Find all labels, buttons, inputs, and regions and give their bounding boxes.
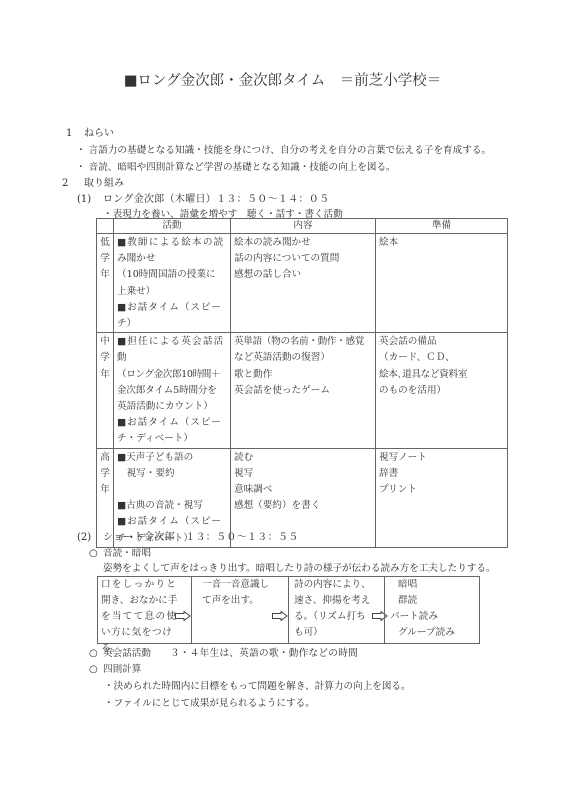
- short-number: (2): [77, 532, 91, 544]
- activity-line: ■お話タイム（スピー: [117, 300, 227, 316]
- prep-line: 英会話の備品: [379, 334, 504, 350]
- content-line: 視写: [234, 466, 372, 482]
- flow-step-1: 口をしっかりと 開き、おなかに手 を当てて息の使 い方に気をつけ る。: [101, 577, 189, 643]
- activity-cell: ■教師による絵本の読 み聞かせ （10時間国語の授業に 上乗せ） ■お話タイム（…: [114, 234, 231, 333]
- right-arrow-icon: [272, 611, 288, 621]
- long-number: (1): [77, 194, 91, 206]
- grade-char: 学: [99, 350, 111, 366]
- activity-line: （ロング金次郎10時間＋: [117, 367, 227, 383]
- column-divider: [191, 577, 192, 643]
- table-row-middle-grade: 中 学 年 ■担任による英会話活 動 （ロング金次郎10時間＋ 金次郎タイム5時…: [97, 333, 508, 448]
- circle-marker: ○: [89, 648, 98, 660]
- keisan-bullet: ・決められた時間内に目標をもって問題を解き、計算力の向上を図る。: [104, 681, 411, 693]
- grade-char: 学: [99, 251, 111, 267]
- flow-line: 詩の内容により、: [294, 577, 384, 593]
- grade-char: 年: [99, 482, 111, 498]
- right-arrow-icon: [372, 611, 388, 621]
- column-divider: [288, 577, 289, 643]
- prep-line: 絵本: [379, 235, 504, 251]
- column-divider: [384, 577, 385, 643]
- activity-line: ■古典の音読・視写: [117, 498, 227, 514]
- content-line: 歌と動作: [234, 367, 372, 383]
- prep-cell: 英会話の備品 （カード、ＣＤ、 絵本､道具など資料室 のものを活用）: [376, 333, 508, 448]
- grade-char: 高: [99, 450, 111, 466]
- flow-line: パート読み: [390, 609, 478, 625]
- grade-cell: 低 学 年: [97, 234, 114, 333]
- content-line: 英単語（物の名前・動作・感覚: [234, 334, 372, 350]
- prep-line: 辞書: [379, 466, 504, 482]
- prep-line: 視写ノート: [379, 450, 504, 466]
- section1-bullet: ・ 言語力の基礎となる知識・技能を身につけ、自分の考えを自分の言葉で伝える子を育…: [76, 145, 491, 157]
- flow-line: も可）: [294, 625, 384, 641]
- grade-char: 中: [99, 334, 111, 350]
- content-cell: 絵本の読み聞かせ 話の内容についての質問 感想の話し合い: [231, 234, 376, 333]
- grade-cell: 中 学 年: [97, 333, 114, 448]
- grade-char: 年: [99, 267, 111, 283]
- activity-line: ​: [117, 482, 227, 498]
- item-label-keisan: 四則計算: [103, 664, 141, 676]
- table-header-row: 活動 内容 準備: [97, 219, 508, 234]
- activity-line: （10時間国語の授業に: [117, 267, 227, 283]
- activity-line: 動: [117, 350, 227, 366]
- table-header-prep: 準備: [376, 219, 508, 234]
- short-heading: ショート金次郎 １３：５０〜１３：５５: [103, 532, 299, 544]
- flow-line: グループ読み: [398, 625, 478, 641]
- flow-line: る。（リズム打ち: [294, 609, 384, 625]
- activity-line: ■お話タイム（スピー: [117, 514, 227, 530]
- table-header-content: 内容: [231, 219, 376, 234]
- long-heading: ロング金次郎（木曜日）１３：５０〜１４：０５: [103, 194, 329, 206]
- flow-line: 開き、おなかに手: [101, 593, 189, 609]
- section1-number: 1: [66, 128, 72, 140]
- prep-line: （カード、ＣＤ、: [379, 350, 504, 366]
- item-desc-eikaiwa: ３・４年生は、英語の歌・動作などの時間: [170, 648, 358, 660]
- content-line: 英会話を使ったゲーム: [234, 383, 372, 399]
- circle-marker: ○: [89, 548, 98, 560]
- flow-step-3: 詩の内容により、 速さ、抑揚を考え る。（リズム打ち も可）: [294, 577, 384, 643]
- content-line: 感想（要約）を書く: [234, 498, 372, 514]
- right-arrow-icon: [175, 611, 191, 621]
- section2-heading: 取り組み: [84, 178, 124, 190]
- content-line: 話の内容についての質問: [234, 251, 372, 267]
- prep-line: のものを活用）: [379, 383, 504, 399]
- ondoku-flow-table: 口をしっかりと 開き、おなかに手 を当てて息の使 い方に気をつけ る。 一音一音…: [97, 576, 480, 644]
- activity-line: 英語活動にカウント）: [117, 399, 227, 415]
- item-label-eikaiwa: 英会話活動: [103, 648, 151, 660]
- prep-cell: 視写ノート 辞書 プリント: [376, 448, 508, 547]
- content-cell: 英単語（物の名前・動作・感覚 など英語活動の復習） 歌と動作 英会話を使ったゲー…: [231, 333, 376, 448]
- table-header-activity: 活動: [114, 219, 231, 234]
- activity-line: 金次郎タイム5時間分を: [117, 383, 227, 399]
- section2-number: 2: [62, 178, 68, 190]
- prep-cell: 絵本: [376, 234, 508, 333]
- flow-line: て声を出す。: [202, 593, 286, 609]
- activity-cell: ■担任による英会話活 動 （ロング金次郎10時間＋ 金次郎タイム5時間分を 英語…: [114, 333, 231, 448]
- table-row-lower-grade: 低 学 年 ■教師による絵本の読 み聞かせ （10時間国語の授業に 上乗せ） ■…: [97, 234, 508, 333]
- flow-line: 群読: [398, 593, 478, 609]
- item-label-ondoku: 音読・暗唱: [103, 548, 151, 560]
- item-desc-ondoku: 姿勢をよくして声をはっきり出す。暗唱したり詩の様子が伝わる読み方を工夫したりする…: [103, 563, 496, 575]
- activity-line: ■担任による英会話活: [117, 334, 227, 350]
- flow-step-4: 暗唱 群読 パート読み グループ読み: [398, 577, 478, 643]
- flow-line: 速さ、抑揚を考え: [294, 593, 384, 609]
- content-line: など英語活動の復習）: [234, 350, 372, 366]
- content-line: 意味調べ: [234, 482, 372, 498]
- activity-line: ■お話タイム（スピー: [117, 415, 227, 431]
- content-line: 感想の話し合い: [234, 267, 372, 283]
- keisan-bullet: ・ファイルにとじて成果が見られるようにする。: [104, 698, 315, 710]
- section1-heading: ねらい: [84, 128, 114, 140]
- long-activity-table: 活動 内容 準備 低 学 年 ■教師による絵本の読 み聞かせ （10時間国語の授…: [96, 218, 508, 548]
- section1-bullet: ・ 音読、暗唱や四則計算など学習の基礎となる知識・技能の向上を図る。: [76, 162, 396, 174]
- activity-line: チ・ディベート）: [117, 431, 227, 447]
- activity-line: 上乗せ）: [117, 284, 227, 300]
- activity-line: ■天声子ども語の: [117, 450, 227, 466]
- activity-line: ■教師による絵本の読: [117, 235, 227, 251]
- activity-line: 視写・要約: [117, 466, 227, 482]
- flow-step-2: 一音一音意識し て声を出す。: [202, 577, 286, 643]
- page-title: ■ロング金次郎・金次郎タイム ＝前芝小学校＝: [0, 69, 565, 90]
- activity-line: チ）: [117, 316, 227, 332]
- flow-line: 暗唱: [398, 577, 478, 593]
- flow-line: い方に気をつけ: [101, 625, 189, 641]
- flow-line: 口をしっかりと: [101, 577, 189, 593]
- activity-line: み聞かせ: [117, 251, 227, 267]
- table-header-grade: [97, 219, 114, 234]
- grade-char: 低: [99, 235, 111, 251]
- content-line: 読む: [234, 450, 372, 466]
- prep-line: 絵本､道具など資料室: [379, 367, 504, 383]
- grade-char: 学: [99, 466, 111, 482]
- content-line: 絵本の読み聞かせ: [234, 235, 372, 251]
- circle-marker: ○: [89, 664, 98, 676]
- prep-line: プリント: [379, 482, 504, 498]
- grade-char: 年: [99, 367, 111, 383]
- flow-line: 一音一音意識し: [202, 577, 286, 593]
